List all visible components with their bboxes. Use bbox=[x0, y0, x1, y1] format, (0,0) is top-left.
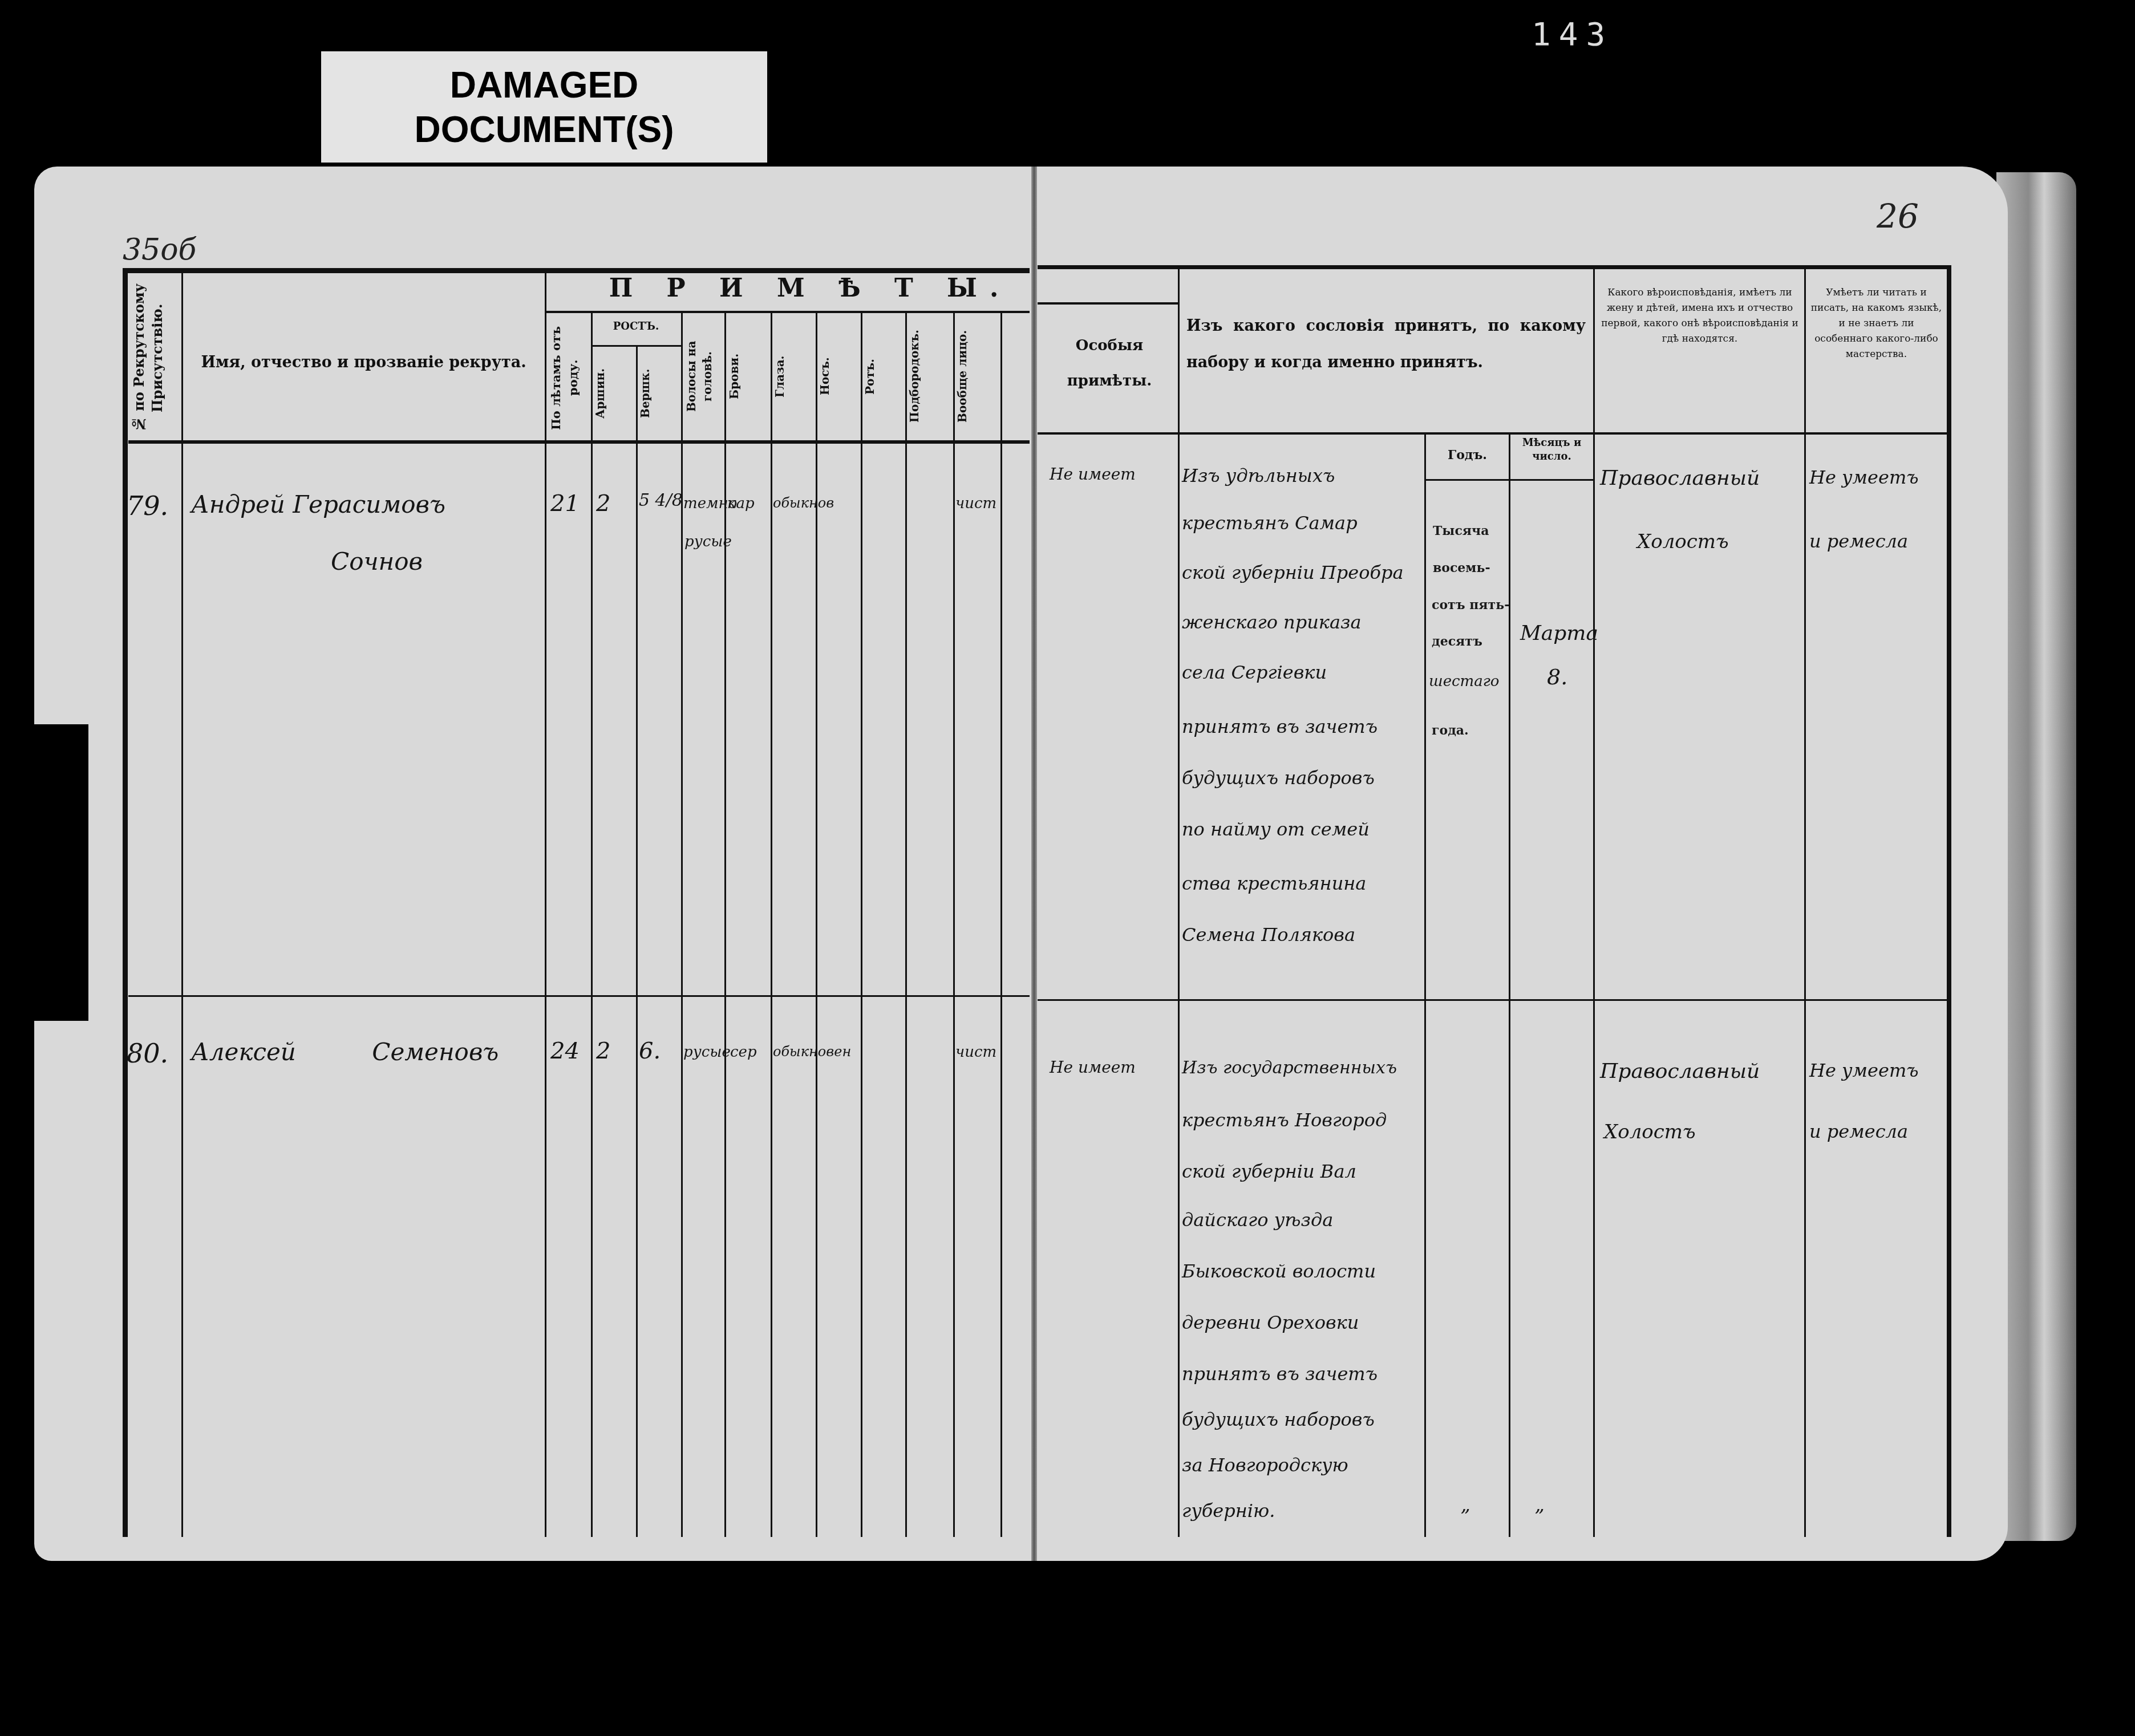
eyes-value: обыкнов bbox=[773, 495, 834, 511]
face-value: чист bbox=[955, 1044, 996, 1061]
hair-color-line2: русые bbox=[684, 533, 732, 550]
origin-line: Семена Полякова bbox=[1182, 924, 1355, 946]
origin-line: Изъ государственныхъ bbox=[1182, 1058, 1397, 1078]
origin-line: ской губерніи Вал bbox=[1182, 1161, 1356, 1182]
craft-value: и ремесла bbox=[1809, 1121, 1908, 1142]
recruit-age: 21 bbox=[550, 490, 580, 517]
header-special-features: Особыя примѣты. bbox=[1044, 328, 1175, 399]
header-origin: Изъ какого сословія принятъ, по какому н… bbox=[1186, 308, 1586, 381]
origin-line: за Новгородскую bbox=[1182, 1454, 1348, 1476]
recruit-surname: Сочнов bbox=[331, 547, 423, 575]
frame-number-stamp: 143 bbox=[1532, 16, 1613, 53]
recruit-number: 80. bbox=[127, 1038, 168, 1069]
special-features-value: Не имеет bbox=[1050, 465, 1136, 484]
height-arshin: 2 bbox=[596, 1038, 610, 1064]
origin-line: села Сергіевки bbox=[1182, 662, 1327, 683]
special-features-value: Не имеет bbox=[1050, 1058, 1136, 1077]
face-value: чист bbox=[955, 495, 996, 512]
religion-value: Православный bbox=[1600, 467, 1760, 490]
origin-line: будущихъ наборовъ bbox=[1182, 767, 1375, 789]
book-spine bbox=[1031, 167, 1037, 1561]
damaged-document-label: DAMAGED DOCUMENT(S) bbox=[321, 51, 767, 163]
origin-line: принятъ въ зачетъ bbox=[1182, 1363, 1378, 1385]
damaged-label-line2: DOCUMENT(S) bbox=[414, 107, 674, 152]
origin-line: ства крестьянина bbox=[1182, 873, 1366, 894]
origin-line: ской губерніи Преобра bbox=[1182, 562, 1404, 583]
craft-value: и ремесла bbox=[1809, 530, 1908, 552]
literacy-value: Не умеетъ bbox=[1809, 467, 1919, 488]
header-vershok: Вершк. bbox=[638, 351, 679, 436]
origin-line: губернію. bbox=[1182, 1500, 1275, 1522]
header-age: По лѣтамъ отъ роду. bbox=[548, 319, 589, 436]
month-value: Марта bbox=[1520, 622, 1598, 645]
header-arshin: Аршин. bbox=[593, 351, 634, 436]
origin-line: Быковской волости bbox=[1182, 1260, 1376, 1282]
recruit-name: Алексей Семеновъ bbox=[191, 1038, 499, 1066]
year-handwritten: шестаго bbox=[1429, 673, 1500, 690]
eyes-value: обыкновен bbox=[773, 1044, 851, 1060]
header-features-group: П Р И М Ѣ Т Ы. bbox=[593, 274, 1027, 303]
year-word-1: Тысяча bbox=[1433, 524, 1489, 538]
brows-value: сер bbox=[730, 1044, 757, 1061]
recruit-name: Андрей Герасимовъ bbox=[191, 490, 445, 518]
header-religion-family: Какого вѣроисповѣданія, имѣетъ ли жену и… bbox=[1600, 285, 1800, 347]
header-face: Вообще лицо. bbox=[955, 317, 999, 436]
header-year: Годъ. bbox=[1426, 448, 1509, 463]
day-value: 8. bbox=[1547, 664, 1567, 689]
month-ditto: ” bbox=[1534, 1506, 1544, 1528]
header-height-group: РОСТЪ. bbox=[593, 321, 679, 332]
origin-line: крестьянъ Самар bbox=[1182, 512, 1358, 534]
literacy-value: Не умеетъ bbox=[1809, 1060, 1919, 1081]
header-literacy: Умѣетъ ли читать и писать, на какомъ язы… bbox=[1809, 285, 1943, 362]
origin-line: принятъ въ зачетъ bbox=[1182, 716, 1378, 737]
header-chin: Подбородокъ. bbox=[908, 317, 951, 436]
year-word-4: десятъ bbox=[1432, 634, 1482, 649]
header-month-day: Мѣсяцъ и число. bbox=[1510, 436, 1593, 464]
year-word-5: года. bbox=[1432, 723, 1469, 738]
header-recruit-name: Имя, отчество и прозваніе рекрута. bbox=[185, 354, 542, 371]
year-word-2: восемь- bbox=[1433, 561, 1490, 575]
header-nose: Носъ. bbox=[818, 317, 859, 436]
origin-line: Изъ удѣльныхъ bbox=[1182, 465, 1335, 486]
origin-line: крестьянъ Новгород bbox=[1182, 1109, 1387, 1131]
brows-value: кар bbox=[727, 495, 755, 512]
header-hair: Волосы на головѣ. bbox=[683, 317, 722, 436]
recruit-age: 24 bbox=[550, 1038, 580, 1064]
year-word-3: сотъ пять- bbox=[1432, 598, 1509, 613]
origin-line: по найму от семей bbox=[1182, 818, 1370, 840]
height-vershok: 5 4/8 bbox=[639, 490, 683, 510]
year-ditto: ” bbox=[1460, 1506, 1470, 1528]
header-recruit-number: № по Рекрутскому Присутствію. bbox=[130, 279, 179, 436]
marital-status-value: Холостъ bbox=[1637, 530, 1729, 553]
hair-color: русые bbox=[683, 1044, 731, 1061]
header-brows: Брови. bbox=[727, 317, 768, 436]
origin-line: деревни Ореховки bbox=[1182, 1312, 1359, 1333]
origin-line: женскаго приказа bbox=[1182, 611, 1362, 633]
header-eyes: Глаза. bbox=[773, 317, 814, 436]
height-arshin: 2 bbox=[596, 490, 610, 517]
left-folio-number: 35об bbox=[123, 233, 196, 267]
left-page-tab-shadow bbox=[0, 724, 88, 1021]
damaged-label-line1: DAMAGED bbox=[450, 63, 639, 107]
origin-line: дайскаго уѣзда bbox=[1182, 1209, 1333, 1231]
origin-line: будущихъ наборовъ bbox=[1182, 1409, 1375, 1430]
marital-status-value: Холостъ bbox=[1604, 1121, 1696, 1143]
recruit-number: 79. bbox=[127, 490, 168, 521]
right-folio-number: 26 bbox=[1877, 197, 1919, 236]
height-vershok: 6. bbox=[639, 1038, 661, 1064]
header-mouth: Ротъ. bbox=[863, 317, 904, 436]
religion-value: Православный bbox=[1600, 1060, 1760, 1083]
page-stack-edge bbox=[1996, 172, 2076, 1541]
